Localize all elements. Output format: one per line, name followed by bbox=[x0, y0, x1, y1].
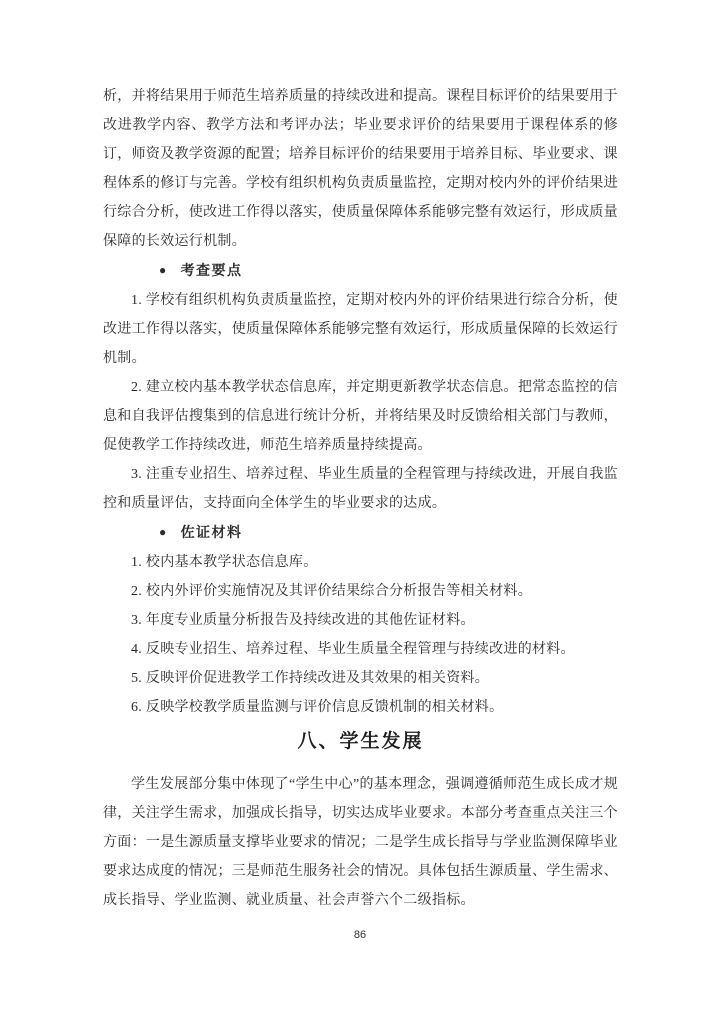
evidence-material-item: 3. 年度专业质量分析报告及持续改进的其他佐证材料。 bbox=[103, 606, 618, 635]
evidence-material-item: 6. 反映学校教学质量监测与评价信息反馈机制的相关材料。 bbox=[103, 693, 618, 722]
section-heading-student-development: 八、学生发展 bbox=[103, 722, 618, 762]
bullet-icon: ● bbox=[131, 256, 167, 285]
evidence-material-item: 1. 校内基本教学状态信息库。 bbox=[103, 548, 618, 577]
evidence-material-item: 2. 校内外评价实施情况及其评价结果综合分析报告等相关材料。 bbox=[103, 577, 618, 606]
page-content: 析，并将结果用于师范生培养质量的持续改进和提高。课程目标评价的结果要用于改进教学… bbox=[0, 0, 720, 915]
bullet-icon: ● bbox=[131, 518, 167, 547]
exam-point-item: 3. 注重专业招生、培养过程、毕业生质量的全程管理与持续改进，开展自我监控和质量… bbox=[103, 460, 618, 518]
bullet-heading-evidence-materials: ●佐证材料 bbox=[103, 518, 618, 548]
evidence-material-item: 5. 反映评价促进教学工作持续改进及其效果的相关资料。 bbox=[103, 664, 618, 693]
bullet-heading-evidence-materials-label: 佐证材料 bbox=[181, 526, 243, 541]
bullet-heading-exam-points-label: 考查要点 bbox=[181, 264, 243, 279]
evidence-material-item: 4. 反映专业招生、培养过程、毕业生质量全程管理与持续改进的材料。 bbox=[103, 635, 618, 664]
bullet-heading-exam-points: ●考查要点 bbox=[103, 256, 618, 286]
paragraph-student-development-intro: 学生发展部分集中体现了“学生中心”的基本理念，强调遵循师范生成长成才规律，关注学… bbox=[103, 770, 618, 915]
paragraph-quality-evaluation-continuation: 析，并将结果用于师范生培养质量的持续改进和提高。课程目标评价的结果要用于改进教学… bbox=[103, 82, 618, 256]
page-number: 86 bbox=[0, 929, 720, 941]
document-page: 析，并将结果用于师范生培养质量的持续改进和提高。课程目标评价的结果要用于改进教学… bbox=[0, 0, 720, 1018]
exam-point-item: 2. 建立校内基本教学状态信息库，并定期更新教学状态信息。把常态监控的信息和自我… bbox=[103, 373, 618, 460]
exam-point-item: 1. 学校有组织机构负责质量监控，定期对校内外的评价结果进行综合分析，使改进工作… bbox=[103, 286, 618, 373]
